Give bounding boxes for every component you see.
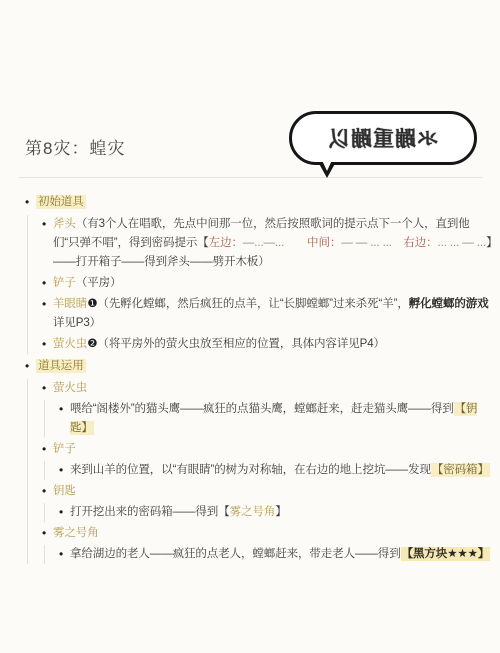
outline-children: •打开挖出来的密码箱——得到【雾之号角】 bbox=[44, 503, 492, 522]
text-span-plain: 详见P3） bbox=[53, 317, 101, 329]
outline-row[interactable]: •萤火虫❷（将平房外的萤火虫放至相应的位置，具体内容详见P4） bbox=[35, 335, 492, 354]
outline-node: •铲子•来到山羊的位置，以“有眼睛”的树为对称轴，在右边的地上挖坑——发现【密码… bbox=[35, 440, 492, 480]
text-span-plain: （先孵化螳螂，然后疯狂的点羊，让“长脚螳螂”过来杀死“羊”， bbox=[97, 298, 408, 310]
outline-text: 萤火虫 bbox=[53, 379, 492, 398]
text-span-plain: （平房） bbox=[76, 277, 122, 289]
text-span-hl: 【密码箱】 bbox=[431, 463, 490, 477]
text-span-item: 铲子 bbox=[53, 443, 76, 455]
outline-row[interactable]: •斧头（有3个人在唱歌，先点中间那一位，然后按照歌词的提示点下一个人，直到他们“… bbox=[35, 215, 492, 272]
outline-node: •萤火虫❷（将平房外的萤火虫放至相应的位置，具体内容详见P4） bbox=[35, 335, 492, 354]
outline-node: •喂给“阁楼外”的猫头鹰——疯狂的点猫头鹰，螳螂赶来，赶走猫头鹰——得到【钥匙】 bbox=[52, 400, 492, 438]
outline-node: •打开挖出来的密码箱——得到【雾之号角】 bbox=[52, 503, 492, 522]
page-title: 第8灾：蝗灾 bbox=[25, 134, 125, 159]
text-span-plain: （将平房外的萤火虫放至相应的位置，具体内容详见P4） bbox=[97, 338, 384, 350]
outline-row[interactable]: •打开挖出来的密码箱——得到【雾之号角】 bbox=[52, 503, 492, 522]
outline-text: 铲子 bbox=[53, 440, 492, 459]
speech-bubble-text: 氺蹦重蹦以 bbox=[328, 123, 438, 153]
text-span-bold: 孵化螳螂的游戏 bbox=[409, 298, 489, 310]
bullet-icon[interactable]: • bbox=[35, 274, 53, 293]
outline-row[interactable]: •拿给湖边的老人——疯狂的点老人，螳螂赶来，带走老人——得到【黑方块★★★】 bbox=[52, 545, 492, 564]
outline-text: 铲子（平房） bbox=[53, 274, 492, 293]
outline-list: •初始道具•斧头（有3个人在唱歌，先点中间那一位，然后按照歌词的提示点下一个人，… bbox=[18, 190, 492, 566]
outline-row[interactable]: •钥匙 bbox=[35, 482, 492, 501]
bullet-icon[interactable]: • bbox=[35, 295, 53, 333]
text-span-red: 中间： bbox=[307, 237, 341, 249]
outline-text: 初始道具 bbox=[36, 193, 492, 212]
outline-row[interactable]: •羊眼睛❶（先孵化螳螂，然后疯狂的点羊，让“长脚螳螂”过来杀死“羊”，孵化螳螂的… bbox=[35, 295, 492, 333]
outline-node: •羊眼睛❶（先孵化螳螂，然后疯狂的点羊，让“长脚螳螂”过来杀死“羊”，孵化螳螂的… bbox=[35, 295, 492, 333]
text-span-item: 萤火虫 bbox=[53, 382, 87, 394]
bullet-icon[interactable]: • bbox=[52, 461, 70, 480]
text-span-item: 萤火虫 bbox=[53, 338, 87, 350]
bullet-icon[interactable]: • bbox=[52, 503, 70, 522]
text-span-plain: 】 bbox=[275, 506, 286, 518]
outline-children: •萤火虫•喂给“阁楼外”的猫头鹰——疯狂的点猫头鹰，螳螂赶来，赶走猫头鹰——得到… bbox=[27, 379, 492, 564]
outline-row[interactable]: •萤火虫 bbox=[35, 379, 492, 398]
speech-bubble-tail-fill bbox=[321, 158, 333, 171]
outline-children: •斧头（有3个人在唱歌，先点中间那一位，然后按照歌词的提示点下一个人，直到他们“… bbox=[27, 215, 492, 354]
outline-node: •拿给湖边的老人——疯狂的点老人，螳螂赶来，带走老人——得到【黑方块★★★】 bbox=[52, 545, 492, 564]
text-span-item: 雾之号角 bbox=[53, 527, 99, 539]
text-span-plain: 来到山羊的位置，以“有眼睛”的树为对称轴，在右边的地上挖坑——发现 bbox=[70, 464, 431, 476]
outline-node: •雾之号角•拿给湖边的老人——疯狂的点老人，螳螂赶来，带走老人——得到【黑方块★… bbox=[35, 524, 492, 564]
outline-text: 打开挖出来的密码箱——得到【雾之号角】 bbox=[70, 503, 492, 522]
text-span-num: ❶ bbox=[87, 298, 97, 310]
outline-row[interactable]: •来到山羊的位置，以“有眼睛”的树为对称轴，在右边的地上挖坑——发现【密码箱】 bbox=[52, 461, 492, 480]
outline-text: 喂给“阁楼外”的猫头鹰——疯狂的点猫头鹰，螳螂赶来，赶走猫头鹰——得到【钥匙】 bbox=[70, 400, 492, 438]
text-span-hlbold: 【黑方块★★★】 bbox=[401, 547, 491, 561]
outline-text: 羊眼睛❶（先孵化螳螂，然后疯狂的点羊，让“长脚螳螂”过来杀死“羊”，孵化螳螂的游… bbox=[53, 295, 492, 333]
outline-children: •来到山羊的位置，以“有眼睛”的树为对称轴，在右边的地上挖坑——发现【密码箱】 bbox=[44, 461, 492, 480]
outline-text: 雾之号角 bbox=[53, 524, 492, 543]
text-span-code: — — ... ... bbox=[341, 237, 403, 249]
outline-node: •道具运用•萤火虫•喂给“阁楼外”的猫头鹰——疯狂的点猫头鹰，螳螂赶来，赶走猫头… bbox=[18, 357, 492, 564]
outline-row[interactable]: •初始道具 bbox=[18, 193, 492, 212]
outline-node: •萤火虫•喂给“阁楼外”的猫头鹰——疯狂的点猫头鹰，螳螂赶来，赶走猫头鹰——得到… bbox=[35, 379, 492, 438]
text-span-num: ❷ bbox=[87, 338, 97, 350]
bullet-icon[interactable]: • bbox=[18, 357, 36, 376]
notes-page: 第8灾：蝗灾 氺蹦重蹦以 •初始道具•斧头（有3个人在唱歌，先点中间那一位，然后… bbox=[0, 0, 500, 653]
text-span-heading: 初始道具 bbox=[36, 195, 86, 209]
text-span-heading: 道具运用 bbox=[36, 359, 86, 373]
text-span-code: ... ... — ... bbox=[438, 237, 487, 249]
outline-row[interactable]: •铲子 bbox=[35, 440, 492, 459]
text-span-red: 右边： bbox=[403, 237, 437, 249]
text-span-item: 雾之号角 bbox=[230, 506, 276, 518]
outline-node: •初始道具•斧头（有3个人在唱歌，先点中间那一位，然后按照歌词的提示点下一个人，… bbox=[18, 193, 492, 354]
text-span-plain: 喂给“阁楼外”的猫头鹰——疯狂的点猫头鹰，螳螂赶来，赶走猫头鹰——得到 bbox=[70, 403, 454, 415]
outline-row[interactable]: •雾之号角 bbox=[35, 524, 492, 543]
text-span-plain: 打开挖出来的密码箱——得到【 bbox=[70, 506, 230, 518]
outline-text: 拿给湖边的老人——疯狂的点老人，螳螂赶来，带走老人——得到【黑方块★★★】 bbox=[70, 545, 492, 564]
text-span-item: 钥匙 bbox=[53, 485, 76, 497]
outline-text: 来到山羊的位置，以“有眼睛”的树为对称轴，在右边的地上挖坑——发现【密码箱】 bbox=[70, 461, 492, 480]
outline-row[interactable]: •道具运用 bbox=[18, 357, 492, 376]
text-span-red: 左边： bbox=[209, 237, 243, 249]
speech-bubble: 氺蹦重蹦以 bbox=[289, 111, 477, 165]
text-span-item: 铲子 bbox=[53, 277, 76, 289]
outline-row[interactable]: •喂给“阁楼外”的猫头鹰——疯狂的点猫头鹰，螳螂赶来，赶走猫头鹰——得到【钥匙】 bbox=[52, 400, 492, 438]
outline-node: •斧头（有3个人在唱歌，先点中间那一位，然后按照歌词的提示点下一个人，直到他们“… bbox=[35, 215, 492, 272]
bullet-icon[interactable]: • bbox=[35, 379, 53, 398]
bullet-icon[interactable]: • bbox=[35, 440, 53, 459]
bullet-icon[interactable]: • bbox=[52, 545, 70, 564]
outline-children: •拿给湖边的老人——疯狂的点老人，螳螂赶来，带走老人——得到【黑方块★★★】 bbox=[44, 545, 492, 564]
outline-text: 道具运用 bbox=[36, 357, 492, 376]
outline-node: •来到山羊的位置，以“有眼睛”的树为对称轴，在右边的地上挖坑——发现【密码箱】 bbox=[52, 461, 492, 480]
title-divider bbox=[18, 177, 482, 178]
outline-text: 斧头（有3个人在唱歌，先点中间那一位，然后按照歌词的提示点下一个人，直到他们“只… bbox=[53, 215, 492, 272]
text-span-item: 羊眼睛 bbox=[53, 298, 87, 310]
bullet-icon[interactable]: • bbox=[35, 524, 53, 543]
text-span-item: 斧头 bbox=[53, 218, 76, 230]
bullet-icon[interactable]: • bbox=[18, 193, 36, 212]
bullet-icon[interactable]: • bbox=[35, 215, 53, 272]
outline-children: •喂给“阁楼外”的猫头鹰——疯狂的点猫头鹰，螳螂赶来，赶走猫头鹰——得到【钥匙】 bbox=[44, 400, 492, 438]
bullet-icon[interactable]: • bbox=[35, 482, 53, 501]
bullet-icon[interactable]: • bbox=[52, 400, 70, 438]
outline-text: 萤火虫❷（将平房外的萤火虫放至相应的位置，具体内容详见P4） bbox=[53, 335, 492, 354]
text-span-code: —...—... bbox=[243, 237, 307, 249]
text-span-plain: 拿给湖边的老人——疯狂的点老人，螳螂赶来，带走老人——得到 bbox=[70, 548, 401, 560]
outline-node: •钥匙•打开挖出来的密码箱——得到【雾之号角】 bbox=[35, 482, 492, 522]
outline-row[interactable]: •铲子（平房） bbox=[35, 274, 492, 293]
outline-text: 钥匙 bbox=[53, 482, 492, 501]
outline-node: •铲子（平房） bbox=[35, 274, 492, 293]
bullet-icon[interactable]: • bbox=[35, 335, 53, 354]
